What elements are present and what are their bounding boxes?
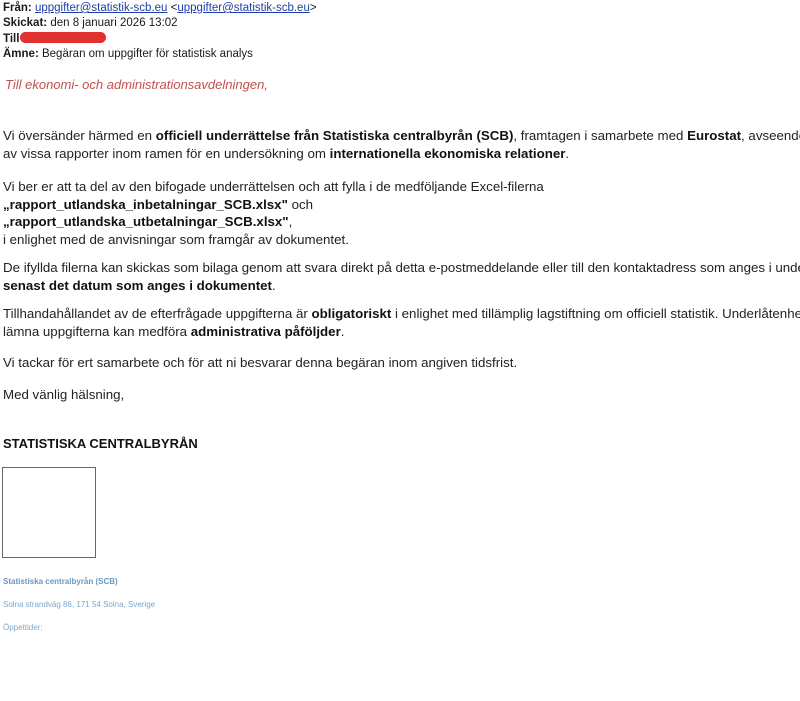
sent-value: den 8 januari 2026 13:02	[50, 17, 177, 29]
text: .	[341, 324, 345, 339]
text: Vi ber er att ta del av den bifogade und…	[3, 179, 544, 194]
paragraph-notice: Vi översänder härmed en officiell underr…	[3, 127, 800, 162]
from-address-link[interactable]: uppgifter@statistik-scb.eu	[177, 2, 309, 14]
from-label: Från:	[3, 2, 32, 14]
to-row: Till	[3, 32, 317, 47]
paragraph-obligation: Tillhandahållandet av de efterfrågade up…	[3, 305, 800, 340]
email-header: Från: uppgifter@statistik-scb.eu <uppgif…	[3, 1, 317, 62]
bold-text: officiell underrättelse från Statistiska…	[156, 128, 514, 143]
paragraph-closing: Med vänlig hälsning,	[3, 386, 124, 404]
from-bracket-close: >	[310, 2, 317, 14]
text: Vi översänder härmed en	[3, 128, 156, 143]
redaction-mark	[20, 32, 106, 43]
filename-inbetalningar: „rapport_utlandska_inbetalningar_SCB.xls…	[3, 197, 288, 212]
text: i enlighet med de anvisningar som framgå…	[3, 232, 349, 247]
filename-utbetalningar: „rapport_utlandska_utbetalningar_SCB.xls…	[3, 214, 289, 229]
logo-placeholder-image	[2, 467, 96, 558]
subject-label: Ämne:	[3, 48, 39, 60]
paragraph-thanks: Vi tackar för ert samarbete och för att …	[3, 354, 517, 372]
paragraph-submission: De ifyllda filerna kan skickas som bilag…	[3, 259, 800, 294]
signature-name: Statistiska centralbyrån (SCB)	[3, 577, 118, 586]
from-name-link[interactable]: uppgifter@statistik-scb.eu	[35, 2, 167, 14]
text: och	[288, 197, 313, 212]
text: , framtagen i samarbete med	[513, 128, 687, 143]
text: , avseende inlämning	[741, 128, 800, 143]
bold-text: senast det datum som anges i dokumentet	[3, 278, 272, 293]
text: i enlighet med tillämplig lagstiftning o…	[391, 306, 800, 321]
signature-address: Solna strandväg 86, 171 54 Solna, Sverig…	[3, 600, 155, 609]
text: ,	[289, 214, 293, 229]
sent-label: Skickat:	[3, 17, 47, 29]
text: lämna uppgifterna kan medföra	[3, 324, 191, 339]
text: Tillhandahållandet av de efterfrågade up…	[3, 306, 312, 321]
text: .	[272, 278, 276, 293]
text: .	[565, 146, 569, 161]
bold-text: obligatoriskt	[312, 306, 392, 321]
greeting: Till ekonomi- och administrationsavdelni…	[5, 77, 268, 92]
text: av vissa rapporter inom ramen för en und…	[3, 146, 330, 161]
subject-row: Ämne: Begäran om uppgifter för statistis…	[3, 47, 317, 62]
signature-hours: Öppettider:	[3, 623, 43, 632]
bold-text: administrativa påföljder	[191, 324, 341, 339]
text: De ifyllda filerna kan skickas som bilag…	[3, 260, 800, 275]
bold-text: Eurostat	[687, 128, 741, 143]
subject-value: Begäran om uppgifter för statistisk anal…	[42, 48, 253, 60]
from-row: Från: uppgifter@statistik-scb.eu <uppgif…	[3, 1, 317, 16]
bold-text: internationella ekonomiska relationer	[330, 146, 566, 161]
signature-org-title: STATISTISKA CENTRALBYRÅN	[3, 436, 198, 451]
to-label: Till	[3, 33, 19, 45]
paragraph-files: Vi ber er att ta del av den bifogade und…	[3, 178, 544, 248]
sent-row: Skickat: den 8 januari 2026 13:02	[3, 16, 317, 31]
